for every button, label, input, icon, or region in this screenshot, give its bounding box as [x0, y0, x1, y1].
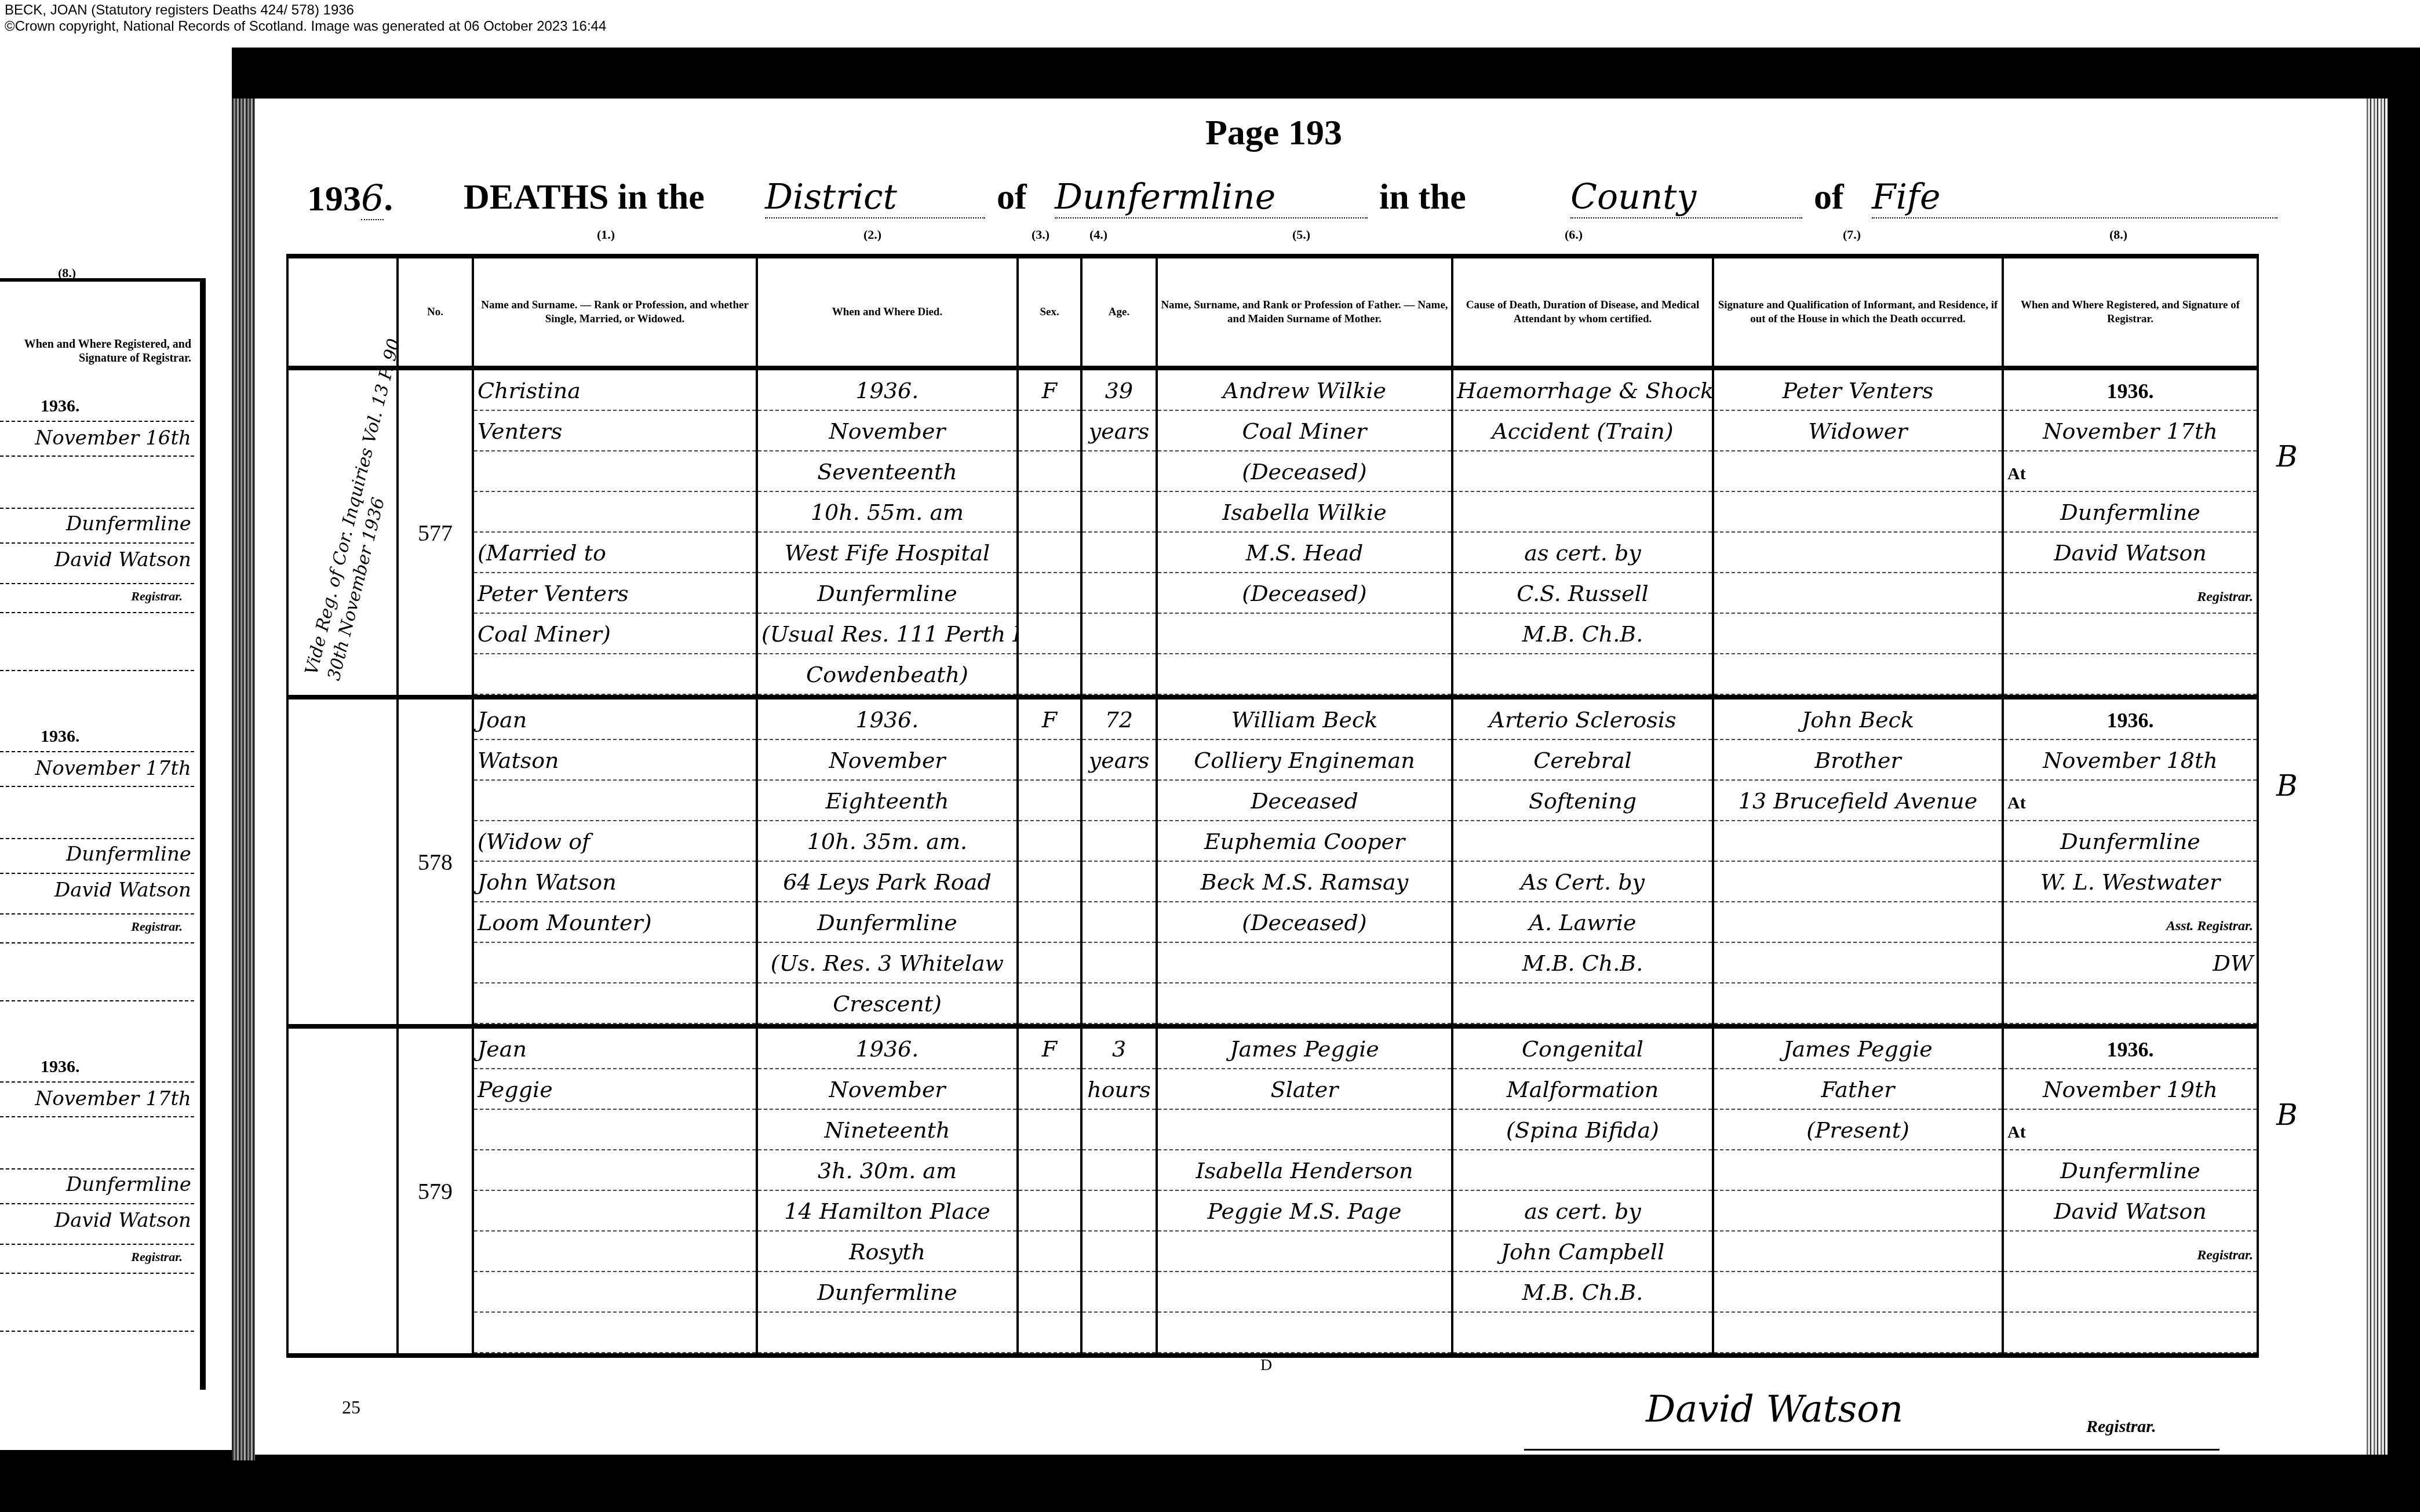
cause-line: A. Lawrie — [1453, 902, 1712, 943]
left-entry-registrar: David Watson — [0, 1209, 191, 1232]
registered-at-label: At — [2004, 781, 2257, 821]
registered-date: November 19th — [2004, 1069, 2257, 1110]
column-number: (4.) — [1089, 227, 1107, 242]
informant-line: John Beck — [1714, 699, 2002, 740]
name-line — [474, 1232, 756, 1272]
entry-number: 579 — [399, 1029, 472, 1353]
cause-line: Arterio Sclerosis — [1453, 699, 1712, 740]
parents-line — [1158, 983, 1451, 1024]
when-where-cell: 1936.NovemberNineteenth3h. 30m. am14 Ham… — [757, 1026, 1018, 1356]
name-line — [474, 943, 756, 983]
record-title: BECK, JOAN (Statutory registers Deaths 4… — [5, 2, 2415, 19]
age-line — [1083, 983, 1156, 1024]
age-line — [1083, 533, 1156, 573]
registered-place: Dunfermline — [2004, 821, 2257, 862]
left-entry-date: November 17th — [0, 757, 191, 780]
left-facing-page: (8.) When and Where Registered, and Sign… — [0, 48, 232, 1450]
sex-cell: F — [1018, 697, 1081, 1026]
when-where-line: 1936. — [758, 370, 1016, 411]
table-row: 578JoanWatson(Widow ofJohn WatsonLoom Mo… — [287, 697, 2258, 1026]
cause-line: M.B. Ch.B. — [1453, 1272, 1712, 1313]
sex-line — [1019, 1313, 1080, 1353]
parents-line: (Deceased) — [1158, 451, 1451, 492]
informant-line: Brother — [1714, 740, 2002, 781]
blank — [2004, 1313, 2257, 1353]
informant-line — [1714, 1272, 2002, 1313]
record-header: BECK, JOAN (Statutory registers Deaths 4… — [0, 0, 2420, 48]
cause-cell: CongenitalMalformation(Spina Bifida)as c… — [1452, 1026, 1713, 1356]
title-county-type: County — [1570, 177, 1802, 218]
age-line: 3 — [1083, 1029, 1156, 1069]
name-line: Loom Mounter) — [474, 902, 756, 943]
informant-cell: James PeggieFather(Present) — [1713, 1026, 2003, 1356]
cause-line — [1453, 451, 1712, 492]
when-where-line: Eighteenth — [758, 781, 1016, 821]
table-header-row: No. Name and Surname. — Rank or Professi… — [287, 256, 2258, 368]
informant-line — [1714, 821, 2002, 862]
title-of-1: of — [997, 177, 1027, 218]
registered-year: 1936. — [2004, 1029, 2257, 1069]
informant-line — [1714, 1232, 2002, 1272]
header-informant: Signature and Qualification of Informant… — [1713, 256, 2003, 368]
informant-line — [1714, 654, 2002, 695]
sex-cell: F — [1018, 1026, 1081, 1356]
name-line — [474, 781, 756, 821]
sex-cell: F — [1018, 368, 1081, 697]
parents-cell: Andrew WilkieCoal Miner(Deceased)Isabell… — [1157, 368, 1452, 697]
when-where-line: Rosyth — [758, 1232, 1016, 1272]
margin-note: Vide Reg. of Cor. Inquiries Vol. 13 P. 9… — [300, 402, 413, 683]
left-column-number: (8.) — [58, 265, 76, 280]
age-line — [1083, 821, 1156, 862]
column-number: (5.) — [1292, 227, 1310, 242]
when-where-line: 14 Hamilton Place — [758, 1191, 1016, 1232]
sex-line — [1019, 492, 1080, 533]
left-entry-year: 1936. — [41, 727, 80, 746]
registrar-name: W. L. Westwater — [2004, 862, 2257, 902]
registered-date: November 18th — [2004, 740, 2257, 781]
title-district-name: Dunfermline — [1055, 177, 1368, 218]
when-where-line — [758, 1313, 1016, 1353]
entry-number-cell: 577 — [398, 368, 473, 697]
age-line: hours — [1083, 1069, 1156, 1110]
when-where-line: November — [758, 1069, 1016, 1110]
sex-line — [1019, 781, 1080, 821]
parents-line — [1158, 1232, 1451, 1272]
column-number: (1.) — [597, 227, 615, 242]
sex-line — [1019, 451, 1080, 492]
left-entry-date: November 16th — [0, 427, 191, 450]
parents-cell: James PeggieSlaterIsabella HendersonPegg… — [1157, 1026, 1452, 1356]
sex-line — [1019, 533, 1080, 573]
parents-line: Beck M.S. Ramsay — [1158, 862, 1451, 902]
sex-line — [1019, 1110, 1080, 1150]
header-cause: Cause of Death, Duration of Disease, and… — [1452, 256, 1713, 368]
name-line — [474, 1313, 756, 1353]
when-where-line: West Fife Hospital — [758, 533, 1016, 573]
age-line — [1083, 1191, 1156, 1232]
when-where-line: Cowdenbeath) — [758, 654, 1016, 695]
age-line: 72 — [1083, 699, 1156, 740]
when-where-cell: 1936.NovemberSeventeenth10h. 55m. amWest… — [757, 368, 1018, 697]
when-where-line: Dunfermline — [758, 1272, 1016, 1313]
age-line — [1083, 1232, 1156, 1272]
when-where-line: 3h. 30m. am — [758, 1150, 1016, 1191]
informant-line — [1714, 902, 2002, 943]
name-line — [474, 654, 756, 695]
name-line — [474, 983, 756, 1024]
when-where-line: 10h. 55m. am — [758, 492, 1016, 533]
name-line: Coal Miner) — [474, 614, 756, 654]
age-line: years — [1083, 740, 1156, 781]
age-line — [1083, 1272, 1156, 1313]
registered-cell: 1936.November 18thAtDunfermlineW. L. Wes… — [2003, 697, 2258, 1026]
page-number: Page 193 — [1205, 112, 1342, 154]
parents-line — [1158, 1313, 1451, 1353]
age-line — [1083, 451, 1156, 492]
informant-line: Peter Venters — [1714, 370, 2002, 411]
column-number: (8.) — [2109, 227, 2127, 242]
cause-line — [1453, 1150, 1712, 1191]
title-in-the: in the — [1379, 177, 1466, 218]
left-page-registered-column: (8.) When and Where Registered, and Sign… — [0, 278, 206, 1390]
column-number: (6.) — [1565, 227, 1583, 242]
header-sex: Sex. — [1018, 256, 1081, 368]
parents-line: Euphemia Cooper — [1158, 821, 1451, 862]
age-cell: 3hours — [1081, 1026, 1157, 1356]
registered-place: Dunfermline — [2004, 492, 2257, 533]
when-where-line: 1936. — [758, 1029, 1016, 1069]
informant-line: Widower — [1714, 411, 2002, 451]
registrar-label: Registrar. — [2004, 1232, 2257, 1272]
header-name: Name and Surname. — Rank or Profession, … — [473, 256, 757, 368]
parents-line: Peggie M.S. Page — [1158, 1191, 1451, 1232]
cause-line: Malformation — [1453, 1069, 1712, 1110]
book-spine — [232, 99, 255, 1460]
registrar-initials — [2004, 614, 2257, 654]
sex-line — [1019, 943, 1080, 983]
sex-line — [1019, 1150, 1080, 1191]
page-title: 1936. DEATHS in the District of Dunferml… — [307, 177, 2277, 229]
when-where-line: Dunfermline — [758, 902, 1016, 943]
informant-line — [1714, 1191, 2002, 1232]
header-registered: When and Where Registered, and Signature… — [2003, 256, 2258, 368]
name-line: Jean — [474, 1029, 756, 1069]
when-where-line: Nineteenth — [758, 1110, 1016, 1150]
blank — [2004, 983, 2257, 1024]
name-line: John Watson — [474, 862, 756, 902]
when-where-line: 10h. 35m. am. — [758, 821, 1016, 862]
left-entry-registrar-label: Registrar. — [131, 589, 183, 604]
margin-note-cell — [287, 1026, 398, 1356]
parents-line: Andrew Wilkie — [1158, 370, 1451, 411]
name-line — [474, 492, 756, 533]
column-number: (2.) — [863, 227, 881, 242]
when-where-line: 64 Leys Park Road — [758, 862, 1016, 902]
when-where-cell: 1936.NovemberEighteenth10h. 35m. am.64 L… — [757, 697, 1018, 1026]
age-line — [1083, 573, 1156, 614]
blank — [2004, 654, 2257, 695]
when-where-line: Crescent) — [758, 983, 1016, 1024]
name-line — [474, 451, 756, 492]
when-where-line: (Usual Res. 111 Perth Road — [758, 614, 1016, 654]
cause-line: As Cert. by — [1453, 862, 1712, 902]
sex-line — [1019, 654, 1080, 695]
left-entry-place: Dunfermline — [0, 512, 191, 535]
parents-line — [1158, 654, 1451, 695]
when-where-line: (Us. Res. 3 Whitelaw — [758, 943, 1016, 983]
cause-line — [1453, 1313, 1712, 1353]
sex-line — [1019, 411, 1080, 451]
page-mark: D — [1260, 1356, 1272, 1375]
cause-line: Congenital — [1453, 1029, 1712, 1069]
registrar-name: David Watson — [2004, 1191, 2257, 1232]
sex-line — [1019, 983, 1080, 1024]
title-deaths-in-the: DEATHS in the — [464, 177, 705, 218]
check-mark: B — [2276, 440, 2298, 473]
informant-line — [1714, 1313, 2002, 1353]
name-line: (Widow of — [474, 821, 756, 862]
parents-line — [1158, 943, 1451, 983]
check-mark: B — [2276, 769, 2298, 803]
sex-line — [1019, 862, 1080, 902]
registrar-label: Asst. Registrar. — [2004, 902, 2257, 943]
name-line: (Married to — [474, 533, 756, 573]
sex-line — [1019, 902, 1080, 943]
left-page-entry: 1936.November 16thDunfermlineDavid Watso… — [0, 392, 194, 722]
registered-at-label: At — [2004, 1110, 2257, 1150]
cause-line — [1453, 821, 1712, 862]
sex-line: F — [1019, 1029, 1080, 1069]
sex-line — [1019, 740, 1080, 781]
entry-number: 578 — [399, 699, 472, 1024]
informant-line: 13 Brucefield Avenue — [1714, 781, 2002, 821]
when-where-line: 1936. — [758, 699, 1016, 740]
informant-line — [1714, 862, 2002, 902]
registered-cell: 1936.November 19thAtDunfermlineDavid Wat… — [2003, 1026, 2258, 1356]
sex-line — [1019, 614, 1080, 654]
name-cell: JeanPeggie — [473, 1026, 757, 1356]
header-no: No. — [398, 256, 473, 368]
name-line — [474, 1272, 756, 1313]
age-cell: 72years — [1081, 697, 1157, 1026]
parents-line: M.S. Head — [1158, 533, 1451, 573]
entry-number-cell: 578 — [398, 697, 473, 1026]
column-number: (7.) — [1843, 227, 1861, 242]
registered-at-label: At — [2004, 451, 2257, 492]
copyright-notice: ©Crown copyright, National Records of Sc… — [5, 19, 2415, 35]
parents-line: Slater — [1158, 1069, 1451, 1110]
registered-cell: 1936.November 17thAtDunfermlineDavid Wat… — [2003, 368, 2258, 697]
cause-line — [1453, 983, 1712, 1024]
age-line: 39 — [1083, 370, 1156, 411]
sex-line — [1019, 821, 1080, 862]
informant-line — [1714, 943, 2002, 983]
sex-line — [1019, 1232, 1080, 1272]
informant-cell: John BeckBrother13 Brucefield Avenue — [1713, 697, 2003, 1026]
informant-cell: Peter VentersWidower — [1713, 368, 2003, 697]
title-year: 1936. — [307, 177, 393, 220]
registered-place: Dunfermline — [2004, 1150, 2257, 1191]
sex-line — [1019, 1191, 1080, 1232]
cause-line: as cert. by — [1453, 533, 1712, 573]
sex-line: F — [1019, 699, 1080, 740]
left-page-entry: 1936.November 17thDunfermlineDavid Watso… — [0, 1052, 194, 1383]
when-where-line: November — [758, 740, 1016, 781]
name-line: Christina — [474, 370, 756, 411]
header-when-where: When and Where Died. — [757, 256, 1018, 368]
cause-line: Softening — [1453, 781, 1712, 821]
register-page: Page 193 1936. DEATHS in the District of… — [255, 99, 2364, 1455]
sex-line: F — [1019, 370, 1080, 411]
parents-line: Isabella Wilkie — [1158, 492, 1451, 533]
header-age: Age. — [1081, 256, 1157, 368]
name-line: Venters — [474, 411, 756, 451]
entry-number-cell: 579 — [398, 1026, 473, 1356]
cause-line: as cert. by — [1453, 1191, 1712, 1232]
table-row: Vide Reg. of Cor. Inquiries Vol. 13 P. 9… — [287, 368, 2258, 697]
parents-line: Deceased — [1158, 781, 1451, 821]
name-line: Joan — [474, 699, 756, 740]
name-line — [474, 1150, 756, 1191]
cause-line: M.B. Ch.B. — [1453, 943, 1712, 983]
parents-line — [1158, 1272, 1451, 1313]
left-entry-place: Dunfermline — [0, 843, 191, 866]
title-district-type: District — [765, 177, 985, 218]
age-line — [1083, 1150, 1156, 1191]
when-where-line: Dunfermline — [758, 573, 1016, 614]
left-entry-registrar: David Watson — [0, 879, 191, 902]
header-parents: Name, Surname, and Rank or Profession of… — [1157, 256, 1452, 368]
parents-line — [1158, 614, 1451, 654]
age-line — [1083, 862, 1156, 902]
cause-line — [1453, 654, 1712, 695]
registered-year: 1936. — [2004, 699, 2257, 740]
title-county-name: Fife — [1872, 177, 2277, 218]
parents-line — [1158, 1110, 1451, 1150]
column-number: (3.) — [1032, 227, 1049, 242]
informant-line: (Present) — [1714, 1110, 2002, 1150]
registered-year: 1936. — [2004, 370, 2257, 411]
cause-line: Cerebral — [1453, 740, 1712, 781]
registrar-initials — [2004, 1272, 2257, 1313]
informant-line — [1714, 614, 2002, 654]
cause-line — [1453, 492, 1712, 533]
left-footer-registrar-label: Registrar. — [23, 1450, 79, 1466]
age-line — [1083, 943, 1156, 983]
left-entry-year: 1936. — [41, 396, 80, 416]
margin-note-cell — [287, 697, 398, 1026]
parents-line: William Beck — [1158, 699, 1451, 740]
informant-line: James Peggie — [1714, 1029, 2002, 1069]
cause-line: M.B. Ch.B. — [1453, 614, 1712, 654]
page-edge — [2364, 99, 2388, 1455]
informant-line — [1714, 492, 2002, 533]
left-page-entry: 1936.November 17thDunfermlineDavid Watso… — [0, 722, 194, 1052]
left-entry-place: Dunfermline — [0, 1173, 191, 1196]
parents-line: Coal Miner — [1158, 411, 1451, 451]
entry-number: 577 — [399, 370, 472, 695]
title-of-2: of — [1814, 177, 1844, 218]
parents-line: (Deceased) — [1158, 573, 1451, 614]
age-line — [1083, 902, 1156, 943]
check-mark: B — [2276, 1098, 2298, 1132]
left-entry-date: November 17th — [0, 1087, 191, 1110]
name-line — [474, 1191, 756, 1232]
informant-line — [1714, 573, 2002, 614]
margin-note-cell: Vide Reg. of Cor. Inquiries Vol. 13 P. 9… — [287, 368, 398, 697]
parents-line: Isabella Henderson — [1158, 1150, 1451, 1191]
registrar-initials: DW — [2004, 943, 2257, 983]
left-entry-registrar-label: Registrar. — [131, 919, 183, 934]
parents-line: James Peggie — [1158, 1029, 1451, 1069]
registered-date: November 17th — [2004, 411, 2257, 451]
name-line: Watson — [474, 740, 756, 781]
parents-line: Colliery Engineman — [1158, 740, 1451, 781]
name-cell: ChristinaVenters(Married toPeter Venters… — [473, 368, 757, 697]
age-cell: 39years — [1081, 368, 1157, 697]
name-line — [474, 1110, 756, 1150]
age-line — [1083, 614, 1156, 654]
left-entry-year: 1936. — [41, 1057, 80, 1077]
age-line — [1083, 781, 1156, 821]
cause-line: Haemorrhage & Shock — [1453, 370, 1712, 411]
sex-line — [1019, 1272, 1080, 1313]
cause-line: John Campbell — [1453, 1232, 1712, 1272]
footer-registrar-label: Registrar. — [2086, 1417, 2156, 1437]
name-cell: JoanWatson(Widow ofJohn WatsonLoom Mount… — [473, 697, 757, 1026]
name-line: Peggie — [474, 1069, 756, 1110]
parents-line: (Deceased) — [1158, 902, 1451, 943]
informant-line — [1714, 983, 2002, 1024]
table-row: 579JeanPeggie1936.NovemberNineteenth3h. … — [287, 1026, 2258, 1356]
cause-cell: Haemorrhage & ShockAccident (Train)as ce… — [1452, 368, 1713, 697]
cause-line: C.S. Russell — [1453, 573, 1712, 614]
sex-line — [1019, 573, 1080, 614]
cause-line: Accident (Train) — [1453, 411, 1712, 451]
cause-line: (Spina Bifida) — [1453, 1110, 1712, 1150]
informant-line — [1714, 451, 2002, 492]
registrar-name: David Watson — [2004, 533, 2257, 573]
left-column-header: When and Where Registered, and Signature… — [0, 337, 191, 365]
when-where-line: November — [758, 411, 1016, 451]
informant-line: Father — [1714, 1069, 2002, 1110]
sex-line — [1019, 1069, 1080, 1110]
name-line: Peter Venters — [474, 573, 756, 614]
age-line: years — [1083, 411, 1156, 451]
registrar-signature: David Watson — [1646, 1388, 1903, 1431]
parents-cell: William BeckColliery EnginemanDeceasedEu… — [1157, 697, 1452, 1026]
registrar-label: Registrar. — [2004, 573, 2257, 614]
age-line — [1083, 492, 1156, 533]
informant-line — [1714, 533, 2002, 573]
left-entry-registrar-label: Registrar. — [131, 1249, 183, 1265]
left-entry-registrar: David Watson — [0, 548, 191, 571]
age-line — [1083, 1313, 1156, 1353]
deaths-register-table: No. Name and Surname. — Rank or Professi… — [286, 254, 2259, 1358]
informant-line — [1714, 1150, 2002, 1191]
age-line — [1083, 1110, 1156, 1150]
folio-number: 25 — [342, 1397, 360, 1418]
age-line — [1083, 654, 1156, 695]
cause-cell: Arterio SclerosisCerebralSofteningAs Cer… — [1452, 697, 1713, 1026]
when-where-line: Seventeenth — [758, 451, 1016, 492]
